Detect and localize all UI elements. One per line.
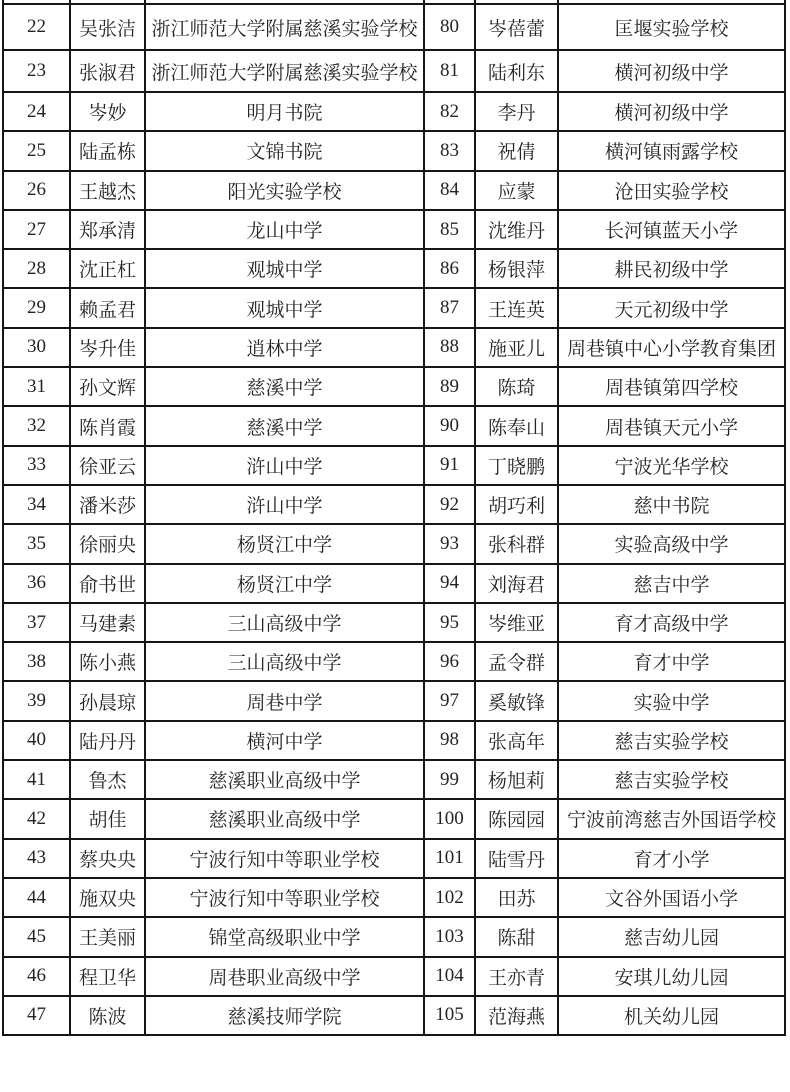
name-cell-left: 沈正杠	[70, 249, 145, 288]
school-cell-left: 慈溪中学	[145, 406, 424, 445]
name-cell-left: 陆丹丹	[70, 721, 145, 760]
name-cell-left: 岑妙	[70, 92, 145, 131]
index-cell-left: 43	[3, 839, 70, 878]
table-row: 42胡佳慈溪职业高级中学100陈园园宁波前湾慈吉外国语学校	[3, 799, 785, 838]
index-cell-left: 39	[3, 681, 70, 720]
name-cell-right: 奚敏锋	[475, 681, 558, 720]
name-cell-left: 胡佳	[70, 799, 145, 838]
school-cell-left: 三山高级中学	[145, 642, 424, 681]
school-cell-left: 慈溪职业高级中学	[145, 760, 424, 799]
index-cell-left: 41	[3, 760, 70, 799]
index-cell-right: 102	[424, 878, 475, 917]
school-cell-right: 周巷镇天元小学	[558, 406, 785, 445]
name-cell-right: 岑蓓蕾	[475, 4, 558, 50]
school-cell-right: 匡堰实验学校	[558, 4, 785, 50]
school-cell-left: 周巷职业高级中学	[145, 957, 424, 996]
table-row: 39孙晨琼周巷中学97奚敏锋实验中学	[3, 681, 785, 720]
school-cell-left: 龙山中学	[145, 210, 424, 249]
index-cell-right: 93	[424, 524, 475, 563]
name-cell-right: 陈园园	[475, 799, 558, 838]
school-cell-left: 观城中学	[145, 249, 424, 288]
school-cell-right: 实验中学	[558, 681, 785, 720]
name-cell-left: 程卫华	[70, 957, 145, 996]
name-cell-right: 施亚儿	[475, 328, 558, 367]
table-row: 26王越杰阳光实验学校84应蒙沧田实验学校	[3, 171, 785, 210]
name-cell-left: 徐亚云	[70, 446, 145, 485]
school-cell-left: 杨贤江中学	[145, 564, 424, 603]
name-cell-right: 陆雪丹	[475, 839, 558, 878]
index-cell-left: 26	[3, 171, 70, 210]
index-cell-left: 38	[3, 642, 70, 681]
index-cell-left: 31	[3, 367, 70, 406]
index-cell-right: 87	[424, 288, 475, 327]
school-cell-left: 周巷中学	[145, 681, 424, 720]
index-cell-right: 84	[424, 171, 475, 210]
index-cell-right: 94	[424, 564, 475, 603]
table-row: 34潘米莎浒山中学92胡巧利慈中书院	[3, 485, 785, 524]
school-cell-right: 慈吉实验学校	[558, 721, 785, 760]
index-cell-right: 105	[424, 996, 475, 1035]
school-cell-left: 慈溪职业高级中学	[145, 799, 424, 838]
name-cell-left: 赖孟君	[70, 288, 145, 327]
table-row: 28沈正杠观城中学86杨银萍耕民初级中学	[3, 249, 785, 288]
school-cell-right: 横河初级中学	[558, 92, 785, 131]
table-row: 23张淑君浙江师范大学附属慈溪实验学校81陆利东横河初级中学	[3, 50, 785, 92]
school-cell-left: 阳光实验学校	[145, 171, 424, 210]
index-cell-left: 34	[3, 485, 70, 524]
table-row: 30岑升佳逍林中学88施亚儿周巷镇中心小学教育集团	[3, 328, 785, 367]
school-cell-right: 安琪儿幼儿园	[558, 957, 785, 996]
name-cell-right: 沈维丹	[475, 210, 558, 249]
index-cell-left: 29	[3, 288, 70, 327]
index-cell-right: 86	[424, 249, 475, 288]
index-cell-left: 28	[3, 249, 70, 288]
school-cell-left: 锦堂高级职业中学	[145, 917, 424, 956]
school-cell-left: 浒山中学	[145, 485, 424, 524]
table-row: 35徐丽央杨贤江中学93张科群实验高级中学	[3, 524, 785, 563]
name-cell-left: 蔡央央	[70, 839, 145, 878]
index-cell-left: 44	[3, 878, 70, 917]
school-cell-right: 文谷外国语小学	[558, 878, 785, 917]
name-cell-right: 李丹	[475, 92, 558, 131]
table-row: 25陆孟栋文锦书院83祝倩横河镇雨露学校	[3, 131, 785, 170]
school-cell-left: 浙江师范大学附属慈溪实验学校	[145, 50, 424, 92]
index-cell-right: 91	[424, 446, 475, 485]
school-cell-right: 宁波光华学校	[558, 446, 785, 485]
school-cell-left: 观城中学	[145, 288, 424, 327]
name-cell-right: 陈甜	[475, 917, 558, 956]
name-cell-right: 刘海君	[475, 564, 558, 603]
school-cell-left: 宁波行知中等职业学校	[145, 878, 424, 917]
table-row: 32陈肖霞慈溪中学90陈奉山周巷镇天元小学	[3, 406, 785, 445]
name-cell-left: 徐丽央	[70, 524, 145, 563]
index-cell-right: 92	[424, 485, 475, 524]
name-cell-left: 孙晨琼	[70, 681, 145, 720]
school-cell-right: 横河镇雨露学校	[558, 131, 785, 170]
index-cell-left: 27	[3, 210, 70, 249]
index-cell-right: 81	[424, 50, 475, 92]
name-cell-left: 陈波	[70, 996, 145, 1035]
index-cell-right: 89	[424, 367, 475, 406]
index-cell-right: 98	[424, 721, 475, 760]
table-row: 40陆丹丹横河中学98张高年慈吉实验学校	[3, 721, 785, 760]
index-cell-left: 42	[3, 799, 70, 838]
index-cell-left: 45	[3, 917, 70, 956]
index-cell-right: 85	[424, 210, 475, 249]
name-cell-left: 王越杰	[70, 171, 145, 210]
name-cell-right: 张科群	[475, 524, 558, 563]
name-cell-right: 杨旭莉	[475, 760, 558, 799]
school-cell-left: 宁波行知中等职业学校	[145, 839, 424, 878]
table-row: 47陈波慈溪技师学院105范海燕机关幼儿园	[3, 996, 785, 1035]
index-cell-left: 40	[3, 721, 70, 760]
school-cell-left: 杨贤江中学	[145, 524, 424, 563]
school-cell-right: 沧田实验学校	[558, 171, 785, 210]
index-cell-right: 88	[424, 328, 475, 367]
name-cell-left: 鲁杰	[70, 760, 145, 799]
school-cell-right: 慈吉实验学校	[558, 760, 785, 799]
school-cell-right: 慈吉中学	[558, 564, 785, 603]
school-cell-right: 育才中学	[558, 642, 785, 681]
school-cell-right: 育才高级中学	[558, 603, 785, 642]
school-cell-left: 慈溪技师学院	[145, 996, 424, 1035]
index-cell-left: 46	[3, 957, 70, 996]
index-cell-right: 100	[424, 799, 475, 838]
index-cell-left: 33	[3, 446, 70, 485]
name-cell-right: 杨银萍	[475, 249, 558, 288]
index-cell-left: 37	[3, 603, 70, 642]
school-cell-left: 横河中学	[145, 721, 424, 760]
table-row: 27郑承清龙山中学85沈维丹长河镇蓝天小学	[3, 210, 785, 249]
table-row: 41鲁杰慈溪职业高级中学99杨旭莉慈吉实验学校	[3, 760, 785, 799]
name-cell-right: 丁晓鹏	[475, 446, 558, 485]
table-row: 46程卫华周巷职业高级中学104王亦青安琪儿幼儿园	[3, 957, 785, 996]
index-cell-left: 32	[3, 406, 70, 445]
name-cell-right: 田苏	[475, 878, 558, 917]
index-cell-right: 83	[424, 131, 475, 170]
name-cell-left: 陈小燕	[70, 642, 145, 681]
school-cell-right: 周巷镇第四学校	[558, 367, 785, 406]
name-cell-right: 范海燕	[475, 996, 558, 1035]
school-cell-right: 实验高级中学	[558, 524, 785, 563]
school-cell-left: 明月书院	[145, 92, 424, 131]
school-cell-left: 慈溪中学	[145, 367, 424, 406]
school-cell-right: 天元初级中学	[558, 288, 785, 327]
name-cell-right: 胡巧利	[475, 485, 558, 524]
name-cell-left: 张淑君	[70, 50, 145, 92]
index-cell-right: 80	[424, 4, 475, 50]
roster-table-body: 22吴张洁浙江师范大学附属慈溪实验学校80岑蓓蕾匡堰实验学校23张淑君浙江师范大…	[3, 0, 785, 1035]
school-cell-right: 长河镇蓝天小学	[558, 210, 785, 249]
school-cell-right: 育才小学	[558, 839, 785, 878]
name-cell-left: 孙文辉	[70, 367, 145, 406]
index-cell-left: 24	[3, 92, 70, 131]
name-cell-left: 王美丽	[70, 917, 145, 956]
index-cell-right: 103	[424, 917, 475, 956]
school-cell-left: 浙江师范大学附属慈溪实验学校	[145, 4, 424, 50]
name-cell-left: 马建素	[70, 603, 145, 642]
document-page: 22吴张洁浙江师范大学附属慈溪实验学校80岑蓓蕾匡堰实验学校23张淑君浙江师范大…	[0, 0, 790, 1092]
index-cell-right: 82	[424, 92, 475, 131]
school-cell-right: 慈中书院	[558, 485, 785, 524]
name-cell-right: 王亦青	[475, 957, 558, 996]
index-cell-left: 25	[3, 131, 70, 170]
table-row: 45王美丽锦堂高级职业中学103陈甜慈吉幼儿园	[3, 917, 785, 956]
name-cell-right: 应蒙	[475, 171, 558, 210]
index-cell-right: 97	[424, 681, 475, 720]
school-cell-left: 文锦书院	[145, 131, 424, 170]
school-cell-right: 周巷镇中心小学教育集团	[558, 328, 785, 367]
school-cell-left: 三山高级中学	[145, 603, 424, 642]
index-cell-left: 22	[3, 4, 70, 50]
name-cell-left: 潘米莎	[70, 485, 145, 524]
index-cell-left: 23	[3, 50, 70, 92]
index-cell-left: 47	[3, 996, 70, 1035]
school-cell-right: 宁波前湾慈吉外国语学校	[558, 799, 785, 838]
index-cell-right: 101	[424, 839, 475, 878]
table-row: 33徐亚云浒山中学91丁晓鹏宁波光华学校	[3, 446, 785, 485]
table-row: 36俞书世杨贤江中学94刘海君慈吉中学	[3, 564, 785, 603]
name-cell-left: 俞书世	[70, 564, 145, 603]
school-cell-right: 耕民初级中学	[558, 249, 785, 288]
name-cell-right: 祝倩	[475, 131, 558, 170]
name-cell-right: 张高年	[475, 721, 558, 760]
table-row: 37马建素三山高级中学95岑维亚育才高级中学	[3, 603, 785, 642]
index-cell-right: 104	[424, 957, 475, 996]
name-cell-left: 郑承清	[70, 210, 145, 249]
school-cell-left: 逍林中学	[145, 328, 424, 367]
name-cell-right: 陈奉山	[475, 406, 558, 445]
name-cell-left: 施双央	[70, 878, 145, 917]
table-row: 38陈小燕三山高级中学96孟令群育才中学	[3, 642, 785, 681]
name-cell-right: 孟令群	[475, 642, 558, 681]
table-row: 24岑妙明月书院82李丹横河初级中学	[3, 92, 785, 131]
school-cell-left: 浒山中学	[145, 446, 424, 485]
name-cell-right: 岑维亚	[475, 603, 558, 642]
school-cell-right: 横河初级中学	[558, 50, 785, 92]
index-cell-right: 99	[424, 760, 475, 799]
index-cell-right: 90	[424, 406, 475, 445]
table-row: 22吴张洁浙江师范大学附属慈溪实验学校80岑蓓蕾匡堰实验学校	[3, 4, 785, 50]
table-row: 44施双央宁波行知中等职业学校102田苏文谷外国语小学	[3, 878, 785, 917]
table-row: 31孙文辉慈溪中学89陈琦周巷镇第四学校	[3, 367, 785, 406]
index-cell-left: 36	[3, 564, 70, 603]
name-cell-right: 王连英	[475, 288, 558, 327]
name-cell-left: 陈肖霞	[70, 406, 145, 445]
index-cell-right: 96	[424, 642, 475, 681]
school-cell-right: 机关幼儿园	[558, 996, 785, 1035]
table-row: 29赖孟君观城中学87王连英天元初级中学	[3, 288, 785, 327]
name-cell-left: 吴张洁	[70, 4, 145, 50]
name-cell-left: 陆孟栋	[70, 131, 145, 170]
name-cell-right: 陆利东	[475, 50, 558, 92]
index-cell-left: 35	[3, 524, 70, 563]
roster-table: 22吴张洁浙江师范大学附属慈溪实验学校80岑蓓蕾匡堰实验学校23张淑君浙江师范大…	[2, 0, 786, 1036]
name-cell-right: 陈琦	[475, 367, 558, 406]
school-cell-right: 慈吉幼儿园	[558, 917, 785, 956]
table-row: 43蔡央央宁波行知中等职业学校101陆雪丹育才小学	[3, 839, 785, 878]
index-cell-left: 30	[3, 328, 70, 367]
name-cell-left: 岑升佳	[70, 328, 145, 367]
index-cell-right: 95	[424, 603, 475, 642]
